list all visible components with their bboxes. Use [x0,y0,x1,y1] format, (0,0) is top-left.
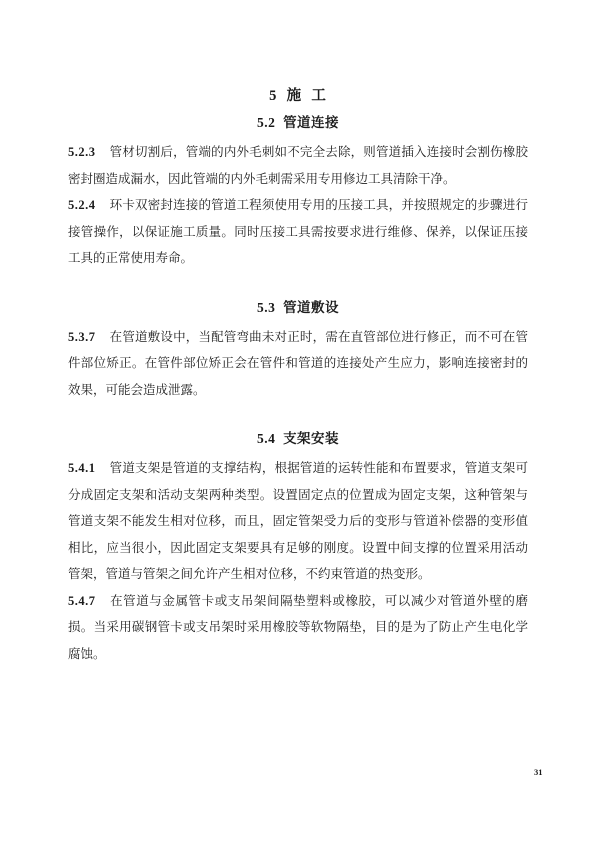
clause-text: 管道支架是管道的支撑结构，根据管道的运转性能和布置要求，管道支架可分成固定支架和… [68,461,528,581]
clause-number: 5.4.1 [68,461,96,475]
clause-text: 环卡双密封连接的管道工程须使用专用的压接工具，并按照规定的步骤进行接管操作，以保… [68,198,528,265]
clause-5-4-7: 5.4.7在管道与金属管卡或支吊架间隔垫塑料或橡胶，可以减少对管道外壁的磨损。当… [68,588,528,668]
section-heading-5-2: 5.2 管道连接 [68,113,528,133]
clause-text: 管材切割后，管端的内外毛刺如不完全去除，则管道插入连接时会割伤橡胶密封圈造成漏水… [68,145,528,186]
clause-number: 5.3.7 [68,330,96,344]
page-number: 31 [534,767,543,777]
clause-number: 5.4.7 [68,594,96,608]
clause-5-4-1: 5.4.1管道支架是管道的支撑结构，根据管道的运转性能和布置要求，管道支架可分成… [68,455,528,588]
section-support-installation: 5.4 支架安装 5.4.1管道支架是管道的支撑结构，根据管道的运转性能和布置要… [68,429,528,667]
clause-text: 在管道与金属管卡或支吊架间隔垫塑料或橡胶，可以减少对管道外壁的磨损。当采用碳钢管… [68,594,528,661]
document-page: 5 施 工 5.2 管道连接 5.2.3管材切割后，管端的内外毛刺如不完全去除，… [0,0,596,842]
section-body: 5.2.3管材切割后，管端的内外毛刺如不完全去除，则管道插入连接时会割伤橡胶密封… [68,139,528,272]
section-heading-5-3: 5.3 管道敷设 [68,298,528,318]
chapter-heading: 5 施 工 [68,86,528,106]
section-body: 5.4.1管道支架是管道的支撑结构，根据管道的运转性能和布置要求，管道支架可分成… [68,455,528,667]
clause-number: 5.2.3 [68,145,96,159]
section-heading-5-4: 5.4 支架安装 [68,429,528,449]
clause-5-2-4: 5.2.4环卡双密封连接的管道工程须使用专用的压接工具，并按照规定的步骤进行接管… [68,192,528,272]
clause-number: 5.2.4 [68,198,96,212]
section-pipe-laying: 5.3 管道敷设 5.3.7在管道敷设中，当配管弯曲未对正时，需在直管部位进行修… [68,298,528,404]
section-body: 5.3.7在管道敷设中，当配管弯曲未对正时，需在直管部位进行修正，而不可在管件部… [68,324,528,404]
clause-5-3-7: 5.3.7在管道敷设中，当配管弯曲未对正时，需在直管部位进行修正，而不可在管件部… [68,324,528,404]
section-pipe-connection: 5.2 管道连接 5.2.3管材切割后，管端的内外毛刺如不完全去除，则管道插入连… [68,113,528,272]
clause-text: 在管道敷设中，当配管弯曲未对正时，需在直管部位进行修正，而不可在管件部位矫正。在… [68,330,528,397]
clause-5-2-3: 5.2.3管材切割后，管端的内外毛刺如不完全去除，则管道插入连接时会割伤橡胶密封… [68,139,528,192]
